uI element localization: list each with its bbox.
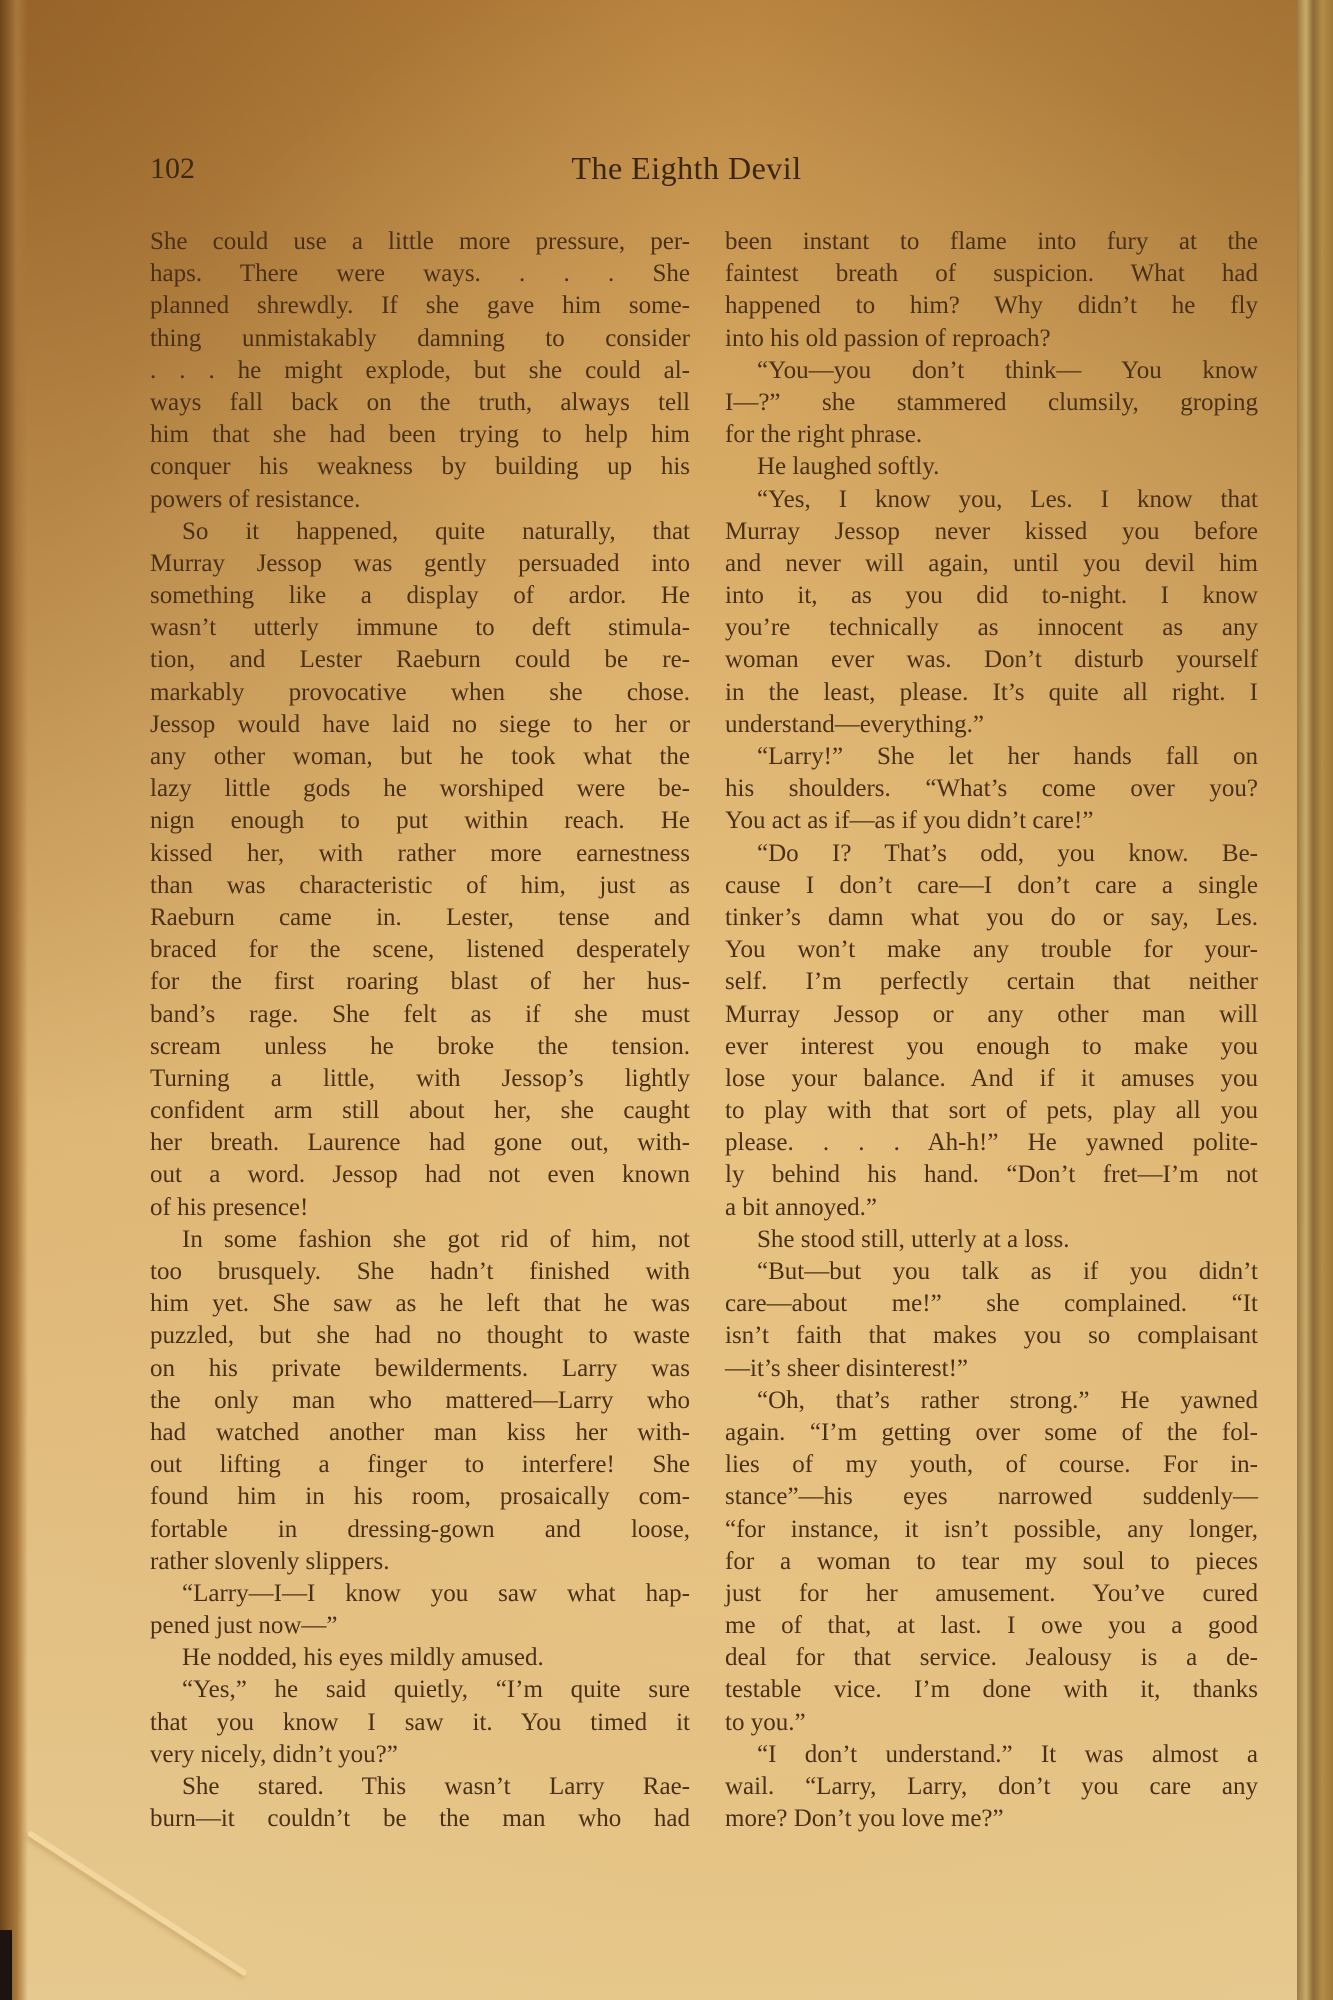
text-line: please. . . . Ah-h!” He yawned polite- <box>725 1127 1258 1159</box>
text-line: Turning a little, with Jessop’s lightly <box>150 1063 690 1095</box>
text-line: out lifting a finger to interfere! She <box>150 1449 690 1481</box>
text-line: his shoulders. “What’s come over you? <box>725 773 1258 805</box>
text-line: “Larry!” She let her hands fall on <box>725 741 1258 773</box>
text-line: rather slovenly slippers. <box>150 1546 690 1578</box>
text-line: any other woman, but he took what the <box>150 741 690 773</box>
text-line: You won’t make any trouble for your- <box>725 934 1258 966</box>
text-line: into his old passion of reproach? <box>725 323 1258 355</box>
text-line: self. I’m perfectly certain that neither <box>725 966 1258 998</box>
text-line: wasn’t utterly immune to deft stimula- <box>150 612 690 644</box>
text-line: too brusquely. She hadn’t finished with <box>150 1256 690 1288</box>
text-line: “Do I? That’s odd, you know. Be- <box>725 838 1258 870</box>
text-line: happened to him? Why didn’t he fly <box>725 290 1258 322</box>
text-line: been instant to flame into fury at the <box>725 226 1258 258</box>
text-line: isn’t faith that makes you so complaisan… <box>725 1320 1258 1352</box>
text-line: cause I don’t care—I don’t care a single <box>725 870 1258 902</box>
text-line: ever interest you enough to make you <box>725 1031 1258 1063</box>
text-line: “for instance, it isn’t possible, any lo… <box>725 1514 1258 1546</box>
text-line: haps. There were ways. . . . She <box>150 258 690 290</box>
text-line: “Larry—I—I know you saw what hap- <box>150 1578 690 1610</box>
text-line: puzzled, but she had no thought to waste <box>150 1320 690 1352</box>
text-line: confident arm still about her, she caugh… <box>150 1095 690 1127</box>
text-line: Raeburn came in. Lester, tense and <box>150 902 690 934</box>
book-binding-edge <box>0 1930 12 2000</box>
text-line: burn—it couldn’t be the man who had <box>150 1803 690 1835</box>
text-line: him that she had been trying to help him <box>150 419 690 451</box>
text-line: markably provocative when she chose. <box>150 677 690 709</box>
text-line: her breath. Laurence had gone out, with- <box>150 1127 690 1159</box>
text-line: —it’s sheer disinterest!” <box>725 1353 1258 1385</box>
text-line: scream unless he broke the tension. <box>150 1031 690 1063</box>
text-line: very nicely, didn’t you?” <box>150 1739 690 1771</box>
text-line: kissed her, with rather more earnestness <box>150 838 690 870</box>
text-line: something like a display of ardor. He <box>150 580 690 612</box>
text-line: lazy little gods he worshiped were be- <box>150 773 690 805</box>
text-line: again. “I’m getting over some of the fol… <box>725 1417 1258 1449</box>
text-line: lose your balance. And if it amuses you <box>725 1063 1258 1095</box>
text-line: for a woman to tear my soul to pieces <box>725 1546 1258 1578</box>
text-line: just for her amusement. You’ve cured <box>725 1578 1258 1610</box>
text-line: So it happened, quite naturally, that <box>150 516 690 548</box>
text-line: to play with that sort of pets, play all… <box>725 1095 1258 1127</box>
text-line: him yet. She saw as he left that he was <box>150 1288 690 1320</box>
text-line: He nodded, his eyes mildly amused. <box>150 1642 690 1674</box>
text-line: understand—everything.” <box>725 709 1258 741</box>
text-line: I—?” she stammered clumsily, groping <box>725 387 1258 419</box>
text-line: . . . he might explode, but she could al… <box>150 355 690 387</box>
text-line: ly behind his hand. “Don’t fret—I’m not <box>725 1159 1258 1191</box>
text-line: “But—but you talk as if you didn’t <box>725 1256 1258 1288</box>
text-line: fortable in dressing-gown and loose, <box>150 1514 690 1546</box>
text-line: wail. “Larry, Larry, don’t you care any <box>725 1771 1258 1803</box>
text-line: tinker’s damn what you do or say, Les. <box>725 902 1258 934</box>
text-line: that you know I saw it. You timed it <box>150 1707 690 1739</box>
book-page: 102 The Eighth Devil She could use a lit… <box>0 0 1333 2000</box>
text-line: Murray Jessop or any other man will <box>725 999 1258 1031</box>
text-line: to you.” <box>725 1707 1258 1739</box>
text-line: testable vice. I’m done with it, thanks <box>725 1674 1258 1706</box>
text-line: you’re technically as innocent as any <box>725 612 1258 644</box>
text-line: He laughed softly. <box>725 451 1258 483</box>
text-line: She stood still, utterly at a loss. <box>725 1224 1258 1256</box>
text-line: woman ever was. Don’t disturb yourself <box>725 644 1258 676</box>
text-line: She stared. This wasn’t Larry Rae- <box>150 1771 690 1803</box>
text-line: than was characteristic of him, just as <box>150 870 690 902</box>
text-line: a bit annoyed.” <box>725 1192 1258 1224</box>
page-right-edge <box>1297 0 1333 2000</box>
text-line: Murray Jessop never kissed you before <box>725 516 1258 548</box>
text-line: planned shrewdly. If she gave him some- <box>150 290 690 322</box>
text-line: more? Don’t you love me?” <box>725 1803 1258 1835</box>
text-line: Jessop would have laid no siege to her o… <box>150 709 690 741</box>
text-line: for the right phrase. <box>725 419 1258 451</box>
text-line: found him in his room, prosaically com- <box>150 1481 690 1513</box>
text-line: “I don’t understand.” It was almost a <box>725 1739 1258 1771</box>
text-line: deal for that service. Jealousy is a de- <box>725 1642 1258 1674</box>
text-line: faintest breath of suspicion. What had <box>725 258 1258 290</box>
text-line: thing unmistakably damning to consider <box>150 323 690 355</box>
text-line: for the first roaring blast of her hus- <box>150 966 690 998</box>
text-line: me of that, at last. I owe you a good <box>725 1610 1258 1642</box>
text-line: nign enough to put within reach. He <box>150 805 690 837</box>
text-line: conquer his weakness by building up his <box>150 451 690 483</box>
running-title: The Eighth Devil <box>0 150 1333 187</box>
text-line: out a word. Jessop had not even known <box>150 1159 690 1191</box>
text-line: She could use a little more pressure, pe… <box>150 226 690 258</box>
text-line: powers of resistance. <box>150 484 690 516</box>
text-line: band’s rage. She felt as if she must <box>150 999 690 1031</box>
text-line: lies of my youth, of course. For in- <box>725 1449 1258 1481</box>
text-line: Murray Jessop was gently persuaded into <box>150 548 690 580</box>
text-line: and never will again, until you devil hi… <box>725 548 1258 580</box>
text-line: braced for the scene, listened desperate… <box>150 934 690 966</box>
page-left-edge-shadow <box>0 0 28 2000</box>
text-line: tion, and Lester Raeburn could be re- <box>150 644 690 676</box>
text-line: had watched another man kiss her with- <box>150 1417 690 1449</box>
text-line: into it, as you did to-night. I know <box>725 580 1258 612</box>
text-line: care—about me!” she complained. “It <box>725 1288 1258 1320</box>
text-column-right: been instant to flame into fury at thefa… <box>725 226 1258 1835</box>
text-line: pened just now—” <box>150 1610 690 1642</box>
text-line: of his presence! <box>150 1192 690 1224</box>
text-line: In some fashion she got rid of him, not <box>150 1224 690 1256</box>
corner-fold-crease <box>27 1830 248 1977</box>
text-line: on his private bewilderments. Larry was <box>150 1353 690 1385</box>
text-line: stance”—his eyes narrowed suddenly— <box>725 1481 1258 1513</box>
text-line: the only man who mattered—Larry who <box>150 1385 690 1417</box>
text-line: in the least, please. It’s quite all rig… <box>725 677 1258 709</box>
text-line: “Yes, I know you, Les. I know that <box>725 484 1258 516</box>
text-column-left: She could use a little more pressure, pe… <box>150 226 690 1835</box>
text-line: “Yes,” he said quietly, “I’m quite sure <box>150 1674 690 1706</box>
text-line: “Oh, that’s rather strong.” He yawned <box>725 1385 1258 1417</box>
text-line: ways fall back on the truth, always tell <box>150 387 690 419</box>
text-line: “You—you don’t think— You know <box>725 355 1258 387</box>
text-line: You act as if—as if you didn’t care!” <box>725 805 1258 837</box>
